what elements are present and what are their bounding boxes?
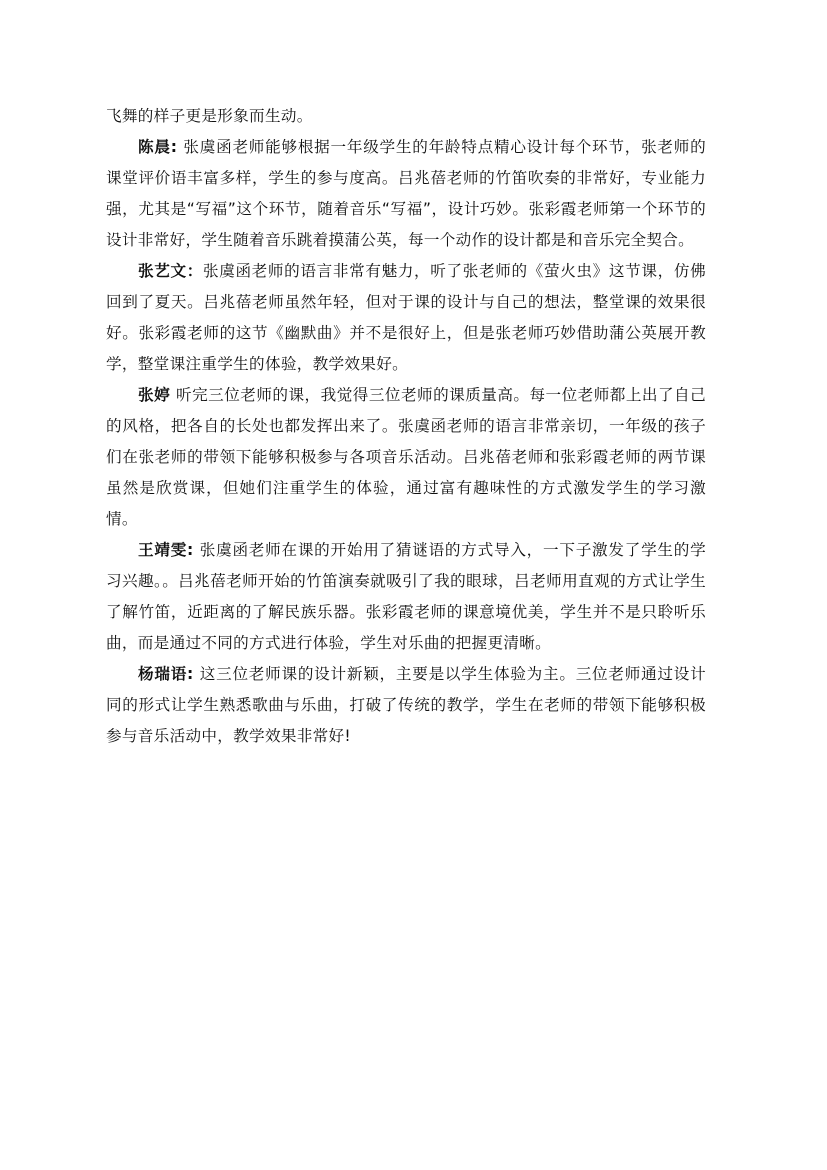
speaker-separator: :	[171, 138, 184, 156]
paragraph-comment-yang-ruiyu: 杨瑞语: 这三位老师课的设计新颖，主要是以学生体验为主。三位老师通过设计同的形式…	[106, 659, 706, 752]
speaker-name: 王靖雯	[138, 541, 187, 559]
paragraph-text: 张虞函老师能够根据一年级学生的年龄特点精心设计每个环节，张老师的课堂评价语丰富多…	[106, 138, 706, 249]
speaker-separator: ：	[187, 262, 203, 280]
document-page: 飞舞的样子更是形象而生动。 陈晨: 张虞函老师能够根据一年级学生的年龄特点精心设…	[106, 101, 706, 752]
paragraph-continuation: 飞舞的样子更是形象而生动。	[106, 101, 706, 132]
speaker-name: 张婷	[138, 386, 170, 404]
paragraph-comment-zhang-yiwen: 张艺文：张虞函老师的语言非常有魅力，听了张老师的《萤火虫》这节课，仿佛回到了夏天…	[106, 256, 706, 380]
paragraph-comment-zhang-ting: 张婷 听完三位老师的课，我觉得三位老师的课质量高。每一位老师都上出了自己的风格，…	[106, 380, 706, 535]
speaker-separator: :	[187, 541, 200, 559]
speaker-name: 杨瑞语	[138, 665, 187, 683]
paragraph-text: 飞舞的样子更是形象而生动。	[106, 107, 313, 125]
speaker-separator: :	[187, 665, 200, 683]
speaker-name: 陈晨	[138, 138, 171, 156]
paragraph-comment-chen-chen: 陈晨: 张虞函老师能够根据一年级学生的年龄特点精心设计每个环节，张老师的课堂评价…	[106, 132, 706, 256]
paragraph-comment-wang-jingwen: 王靖雯: 张虞函老师在课的开始用了猜谜语的方式导入，一下子激发了学生的学习兴趣。…	[106, 535, 706, 659]
paragraph-text: 听完三位老师的课，我觉得三位老师的课质量高。每一位老师都上出了自己的风格，把各自…	[106, 386, 706, 528]
speaker-name: 张艺文	[138, 262, 187, 280]
